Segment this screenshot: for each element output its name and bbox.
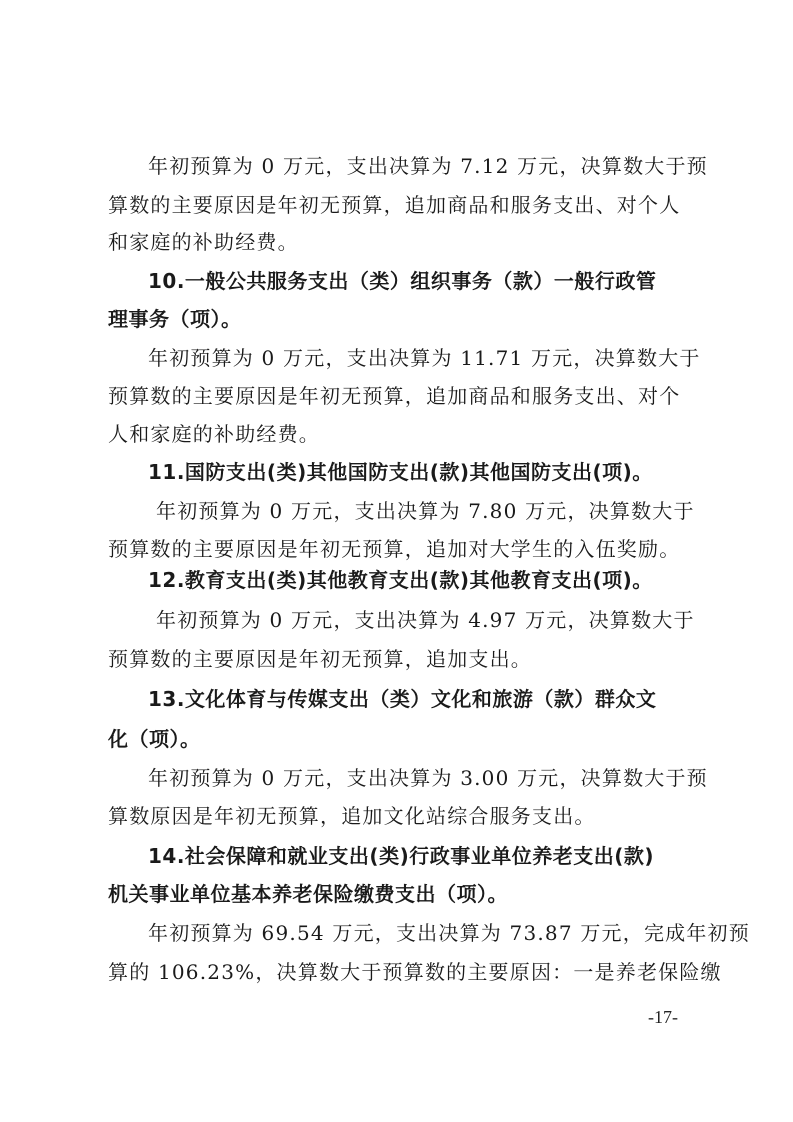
section-heading-11: 11.国防支出(类)其他国防支出(款)其他国防支出(项)。 — [148, 458, 728, 486]
document-page: 年初预算为 0 万元，支出决算为 7.12 万元，决算数大于预 算数的主要原因是… — [0, 0, 793, 1122]
paragraph-line: 人和家庭的补助经费。 — [108, 420, 688, 448]
paragraph-line: 年初预算为 69.54 万元，支出决算为 73.87 万元，完成年初预 — [148, 919, 728, 947]
section-heading-10-cont: 理事务（项）。 — [108, 305, 688, 333]
paragraph-line: 年初预算为 0 万元，支出决算为 4.97 万元，决算数大于 — [156, 606, 736, 634]
section-heading-14-cont: 机关事业单位基本养老保险缴费支出（项）。 — [108, 880, 688, 908]
section-heading-12: 12.教育支出(类)其他教育支出(款)其他教育支出(项)。 — [148, 566, 728, 594]
paragraph-line: 预算数的主要原因是年初无预算，追加对大学生的入伍奖励。 — [108, 535, 688, 563]
paragraph-line: 年初预算为 0 万元，支出决算为 7.80 万元，决算数大于 — [156, 497, 736, 525]
section-heading-13-cont: 化（项）。 — [108, 725, 688, 753]
paragraph-line: 算的 106.23%，决算数大于预算数的主要原因：一是养老保险缴 — [108, 958, 688, 986]
paragraph-line: 算数的主要原因是年初无预算，追加商品和服务支出、对个人 — [108, 191, 688, 219]
section-heading-14: 14.社会保障和就业支出(类)行政事业单位养老支出(款) — [148, 842, 728, 870]
page-number: -17- — [648, 1006, 678, 1028]
paragraph-line: 年初预算为 0 万元，支出决算为 11.71 万元，决算数大于 — [148, 344, 728, 372]
section-heading-10: 10.一般公共服务支出（类）组织事务（款）一般行政管 — [148, 267, 728, 295]
paragraph-line: 预算数的主要原因是年初无预算，追加支出。 — [108, 645, 688, 673]
paragraph-line: 预算数的主要原因是年初无预算，追加商品和服务支出、对个 — [108, 382, 688, 410]
paragraph-line: 年初预算为 0 万元，支出决算为 7.12 万元，决算数大于预 — [148, 152, 728, 180]
section-heading-13: 13.文化体育与传媒支出（类）文化和旅游（款）群众文 — [148, 685, 728, 713]
paragraph-line: 算数原因是年初无预算，追加文化站综合服务支出。 — [108, 802, 688, 830]
paragraph-line: 和家庭的补助经费。 — [108, 228, 688, 256]
paragraph-line: 年初预算为 0 万元，支出决算为 3.00 万元，决算数大于预 — [148, 764, 728, 792]
